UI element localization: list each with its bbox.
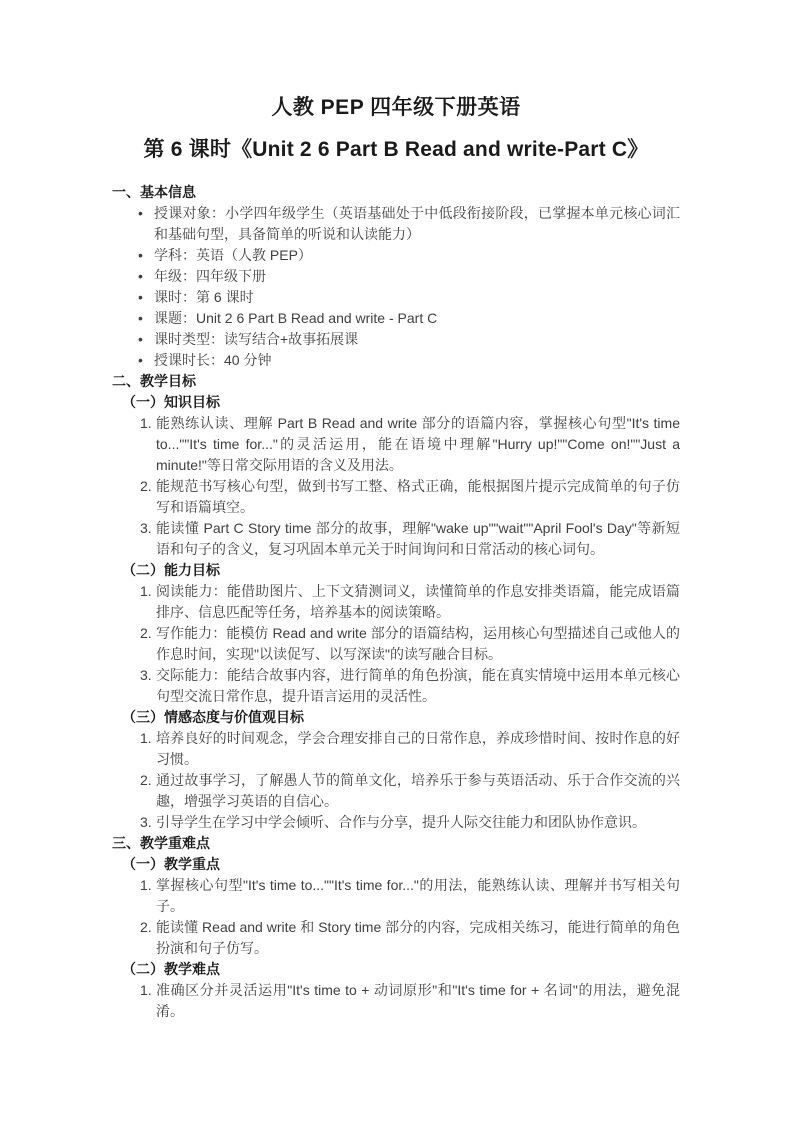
bullet-icon: • <box>138 245 143 266</box>
numbered-item: 1.阅读能力：能借助图片、上下文猜测词义，读懂简单的作息安排类语篇，能完成语篇排… <box>112 581 680 623</box>
bullet-text: 学科：英语（人教 PEP） <box>154 247 312 263</box>
numbered-item: 3.交际能力：能结合故事内容，进行简单的角色扮演，能在真实情境中运用本单元核心句… <box>112 665 680 707</box>
section-heading: 一、基本信息 <box>112 182 680 203</box>
bullet-icon: • <box>138 308 143 329</box>
numbered-item: 1.准确区分并灵活运用"It's time to + 动词原形"和"It's t… <box>112 980 680 1022</box>
subsection-heading: （二）能力目标 <box>122 560 680 581</box>
numbered-text: 培养良好的时间观念，学会合理安排自己的日常作息，养成珍惜时间、按时作息的好习惯。 <box>156 730 680 767</box>
numbered-text: 能规范书写核心句型，做到书写工整、格式正确，能根据图片提示完成简单的句子仿写和语… <box>156 478 680 515</box>
numbered-item: 1.掌握核心句型"It's time to...""It's time for.… <box>112 875 680 917</box>
numbered-item: 3.引导学生在学习中学会倾听、合作与分享，提升人际交往能力和团队协作意识。 <box>112 812 680 833</box>
bullet-text: 授课对象：小学四年级学生（英语基础处于中低段衔接阶段，已掌握本单元核心词汇和基础… <box>154 205 680 242</box>
subsection-heading: （二）教学难点 <box>122 959 680 980</box>
document-content: 人教 PEP 四年级下册英语 第 6 课时《Unit 2 6 Part B Re… <box>0 0 794 1022</box>
item-number: 3. <box>140 665 152 686</box>
item-number: 1. <box>140 728 152 749</box>
bullet-item: •课时类型：读写结合+故事拓展课 <box>112 329 680 350</box>
numbered-item: 2.能规范书写核心句型，做到书写工整、格式正确，能根据图片提示完成简单的句子仿写… <box>112 476 680 518</box>
numbered-text: 写作能力：能模仿 Read and write 部分的语篇结构，运用核心句型描述… <box>156 625 680 662</box>
bullet-item: •课题：Unit 2 6 Part B Read and write - Par… <box>112 308 680 329</box>
bullet-item: •授课对象：小学四年级学生（英语基础处于中低段衔接阶段，已掌握本单元核心词汇和基… <box>112 203 680 245</box>
bullet-icon: • <box>138 329 143 350</box>
item-number: 1. <box>140 413 152 434</box>
document-subtitle: 第 6 课时《Unit 2 6 Part B Read and write-Pa… <box>112 136 680 164</box>
numbered-item: 1.培养良好的时间观念，学会合理安排自己的日常作息，养成珍惜时间、按时作息的好习… <box>112 728 680 770</box>
subsection-heading: （一）教学重点 <box>122 854 680 875</box>
subsection-heading: （三）情感态度与价值观目标 <box>122 707 680 728</box>
bullet-item: •授课时长：40 分钟 <box>112 350 680 371</box>
numbered-item: 2.写作能力：能模仿 Read and write 部分的语篇结构，运用核心句型… <box>112 623 680 665</box>
bullet-icon: • <box>138 266 143 287</box>
numbered-text: 通过故事学习，了解愚人节的简单文化，培养乐于参与英语活动、乐于合作交流的兴趣，增… <box>156 772 680 809</box>
item-number: 1. <box>140 875 152 896</box>
item-number: 2. <box>140 476 152 497</box>
numbered-text: 掌握核心句型"It's time to...""It's time for...… <box>156 877 680 914</box>
numbered-text: 能读懂 Part C Story time 部分的故事，理解"wake up""… <box>156 520 680 557</box>
bullet-text: 年级：四年级下册 <box>154 268 266 284</box>
bullet-icon: • <box>138 350 143 371</box>
numbered-item: 2.通过故事学习，了解愚人节的简单文化，培养乐于参与英语活动、乐于合作交流的兴趣… <box>112 770 680 812</box>
item-number: 2. <box>140 917 152 938</box>
item-number: 1. <box>140 980 152 1001</box>
document-title: 人教 PEP 四年级下册英语 <box>112 94 680 122</box>
document-sections: 一、基本信息•授课对象：小学四年级学生（英语基础处于中低段衔接阶段，已掌握本单元… <box>112 182 680 1022</box>
numbered-text: 阅读能力：能借助图片、上下文猜测词义，读懂简单的作息安排类语篇，能完成语篇排序、… <box>156 583 680 620</box>
bullet-text: 课题：Unit 2 6 Part B Read and write - Part… <box>154 310 437 326</box>
bullet-text: 课时：第 6 课时 <box>154 289 254 305</box>
numbered-item: 3.能读懂 Part C Story time 部分的故事，理解"wake up… <box>112 518 680 560</box>
bullet-item: •学科：英语（人教 PEP） <box>112 245 680 266</box>
numbered-item: 2.能读懂 Read and write 和 Story time 部分的内容，… <box>112 917 680 959</box>
numbered-item: 1.能熟练认读、理解 Part B Read and write 部分的语篇内容… <box>112 413 680 476</box>
bullet-icon: • <box>138 287 143 308</box>
numbered-text: 准确区分并灵活运用"It's time to + 动词原形"和"It's tim… <box>156 982 680 1019</box>
document-page: 人教 PEP 四年级下册英语 第 6 课时《Unit 2 6 Part B Re… <box>0 0 794 1123</box>
item-number: 2. <box>140 623 152 644</box>
subsection-heading: （一）知识目标 <box>122 392 680 413</box>
numbered-text: 引导学生在学习中学会倾听、合作与分享，提升人际交往能力和团队协作意识。 <box>156 814 646 830</box>
bullet-text: 课时类型：读写结合+故事拓展课 <box>154 331 358 347</box>
item-number: 1. <box>140 581 152 602</box>
bullet-text: 授课时长：40 分钟 <box>154 352 271 368</box>
numbered-text: 能熟练认读、理解 Part B Read and write 部分的语篇内容，掌… <box>156 415 680 473</box>
section-heading: 三、教学重难点 <box>112 833 680 854</box>
bullet-item: •年级：四年级下册 <box>112 266 680 287</box>
numbered-text: 能读懂 Read and write 和 Story time 部分的内容，完成… <box>156 919 680 956</box>
bullet-icon: • <box>138 203 143 224</box>
item-number: 3. <box>140 518 152 539</box>
bullet-item: •课时：第 6 课时 <box>112 287 680 308</box>
item-number: 2. <box>140 770 152 791</box>
item-number: 3. <box>140 812 152 833</box>
section-heading: 二、教学目标 <box>112 371 680 392</box>
numbered-text: 交际能力：能结合故事内容，进行简单的角色扮演，能在真实情境中运用本单元核心句型交… <box>156 667 680 704</box>
